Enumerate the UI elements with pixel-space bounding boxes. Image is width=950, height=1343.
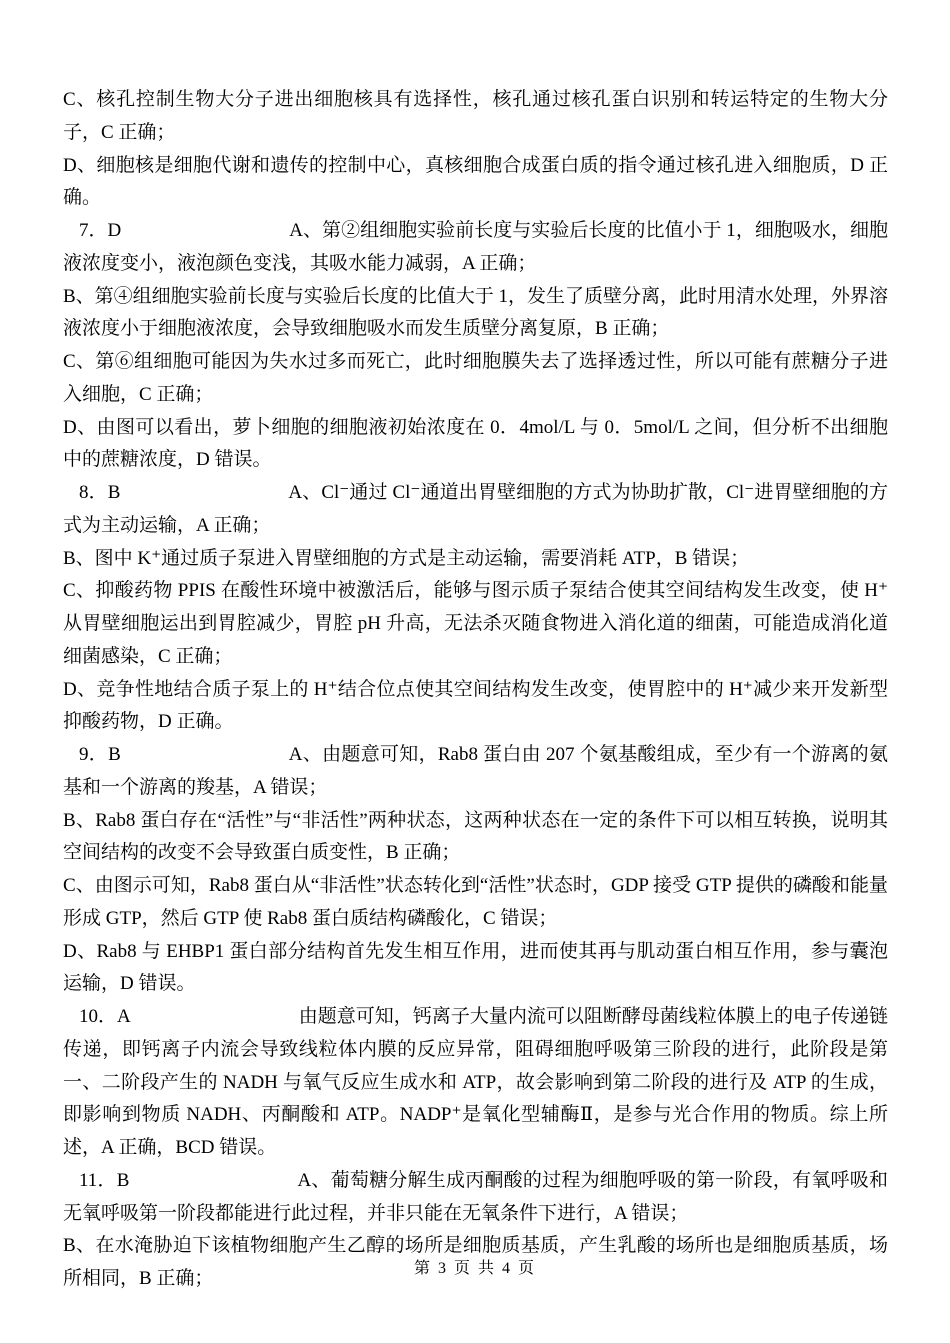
- question-answer-label: 7．D: [79, 220, 121, 241]
- explanation-text: A、葡萄糖分解生成丙酮酸的过程为细胞呼吸的第一阶段，有氧呼吸和无氧呼吸第一阶段都…: [63, 1170, 888, 1224]
- page-number-text: 第 3 页 共 4 页: [414, 1260, 536, 1277]
- answer-paragraph: 9．BA、由题意可知，Rab8 蛋白由 207 个氨基酸组成，至少有一个游离的氨…: [63, 739, 888, 805]
- label-explanation-gap: [131, 1021, 299, 1022]
- answer-paragraph: B、第④组细胞实验前长度与实验后长度的比值大于 1，发生了质壁分离，此时用清水处…: [63, 281, 888, 347]
- answer-sheet-body: C、核孔控制生物大分子进出细胞核具有选择性，核孔通过核孔蛋白识别和转运特定的生物…: [0, 0, 950, 1296]
- label-explanation-gap: [120, 497, 288, 498]
- question-answer-label: 11．B: [79, 1170, 129, 1191]
- explanation-text: C、由图示可知，Rab8 蛋白从“非活性”状态转化到“活性”状态时，GDP 接受…: [63, 875, 888, 929]
- answer-paragraph: C、由图示可知，Rab8 蛋白从“非活性”状态转化到“活性”状态时，GDP 接受…: [63, 870, 888, 936]
- explanation-text: B、Rab8 蛋白存在“活性”与“非活性”两种状态，这两种状态在一定的条件下可以…: [63, 810, 888, 864]
- page-footer: 第 3 页 共 4 页: [0, 1258, 950, 1280]
- answer-paragraph: D、细胞核是细胞代谢和遗传的控制中心，真核细胞合成蛋白质的指令通过核孔进入细胞质…: [63, 150, 888, 216]
- explanation-text: A、由题意可知，Rab8 蛋白由 207 个氨基酸组成，至少有一个游离的氨基和一…: [63, 744, 888, 798]
- answer-paragraph: 11．BA、葡萄糖分解生成丙酮酸的过程为细胞呼吸的第一阶段，有氧呼吸和无氧呼吸第…: [63, 1165, 888, 1231]
- explanation-text: B、图中 K⁺通过质子泵进入胃壁细胞的方式是主动运输，需要消耗 ATP，B 错误…: [63, 548, 749, 569]
- answer-paragraph: B、图中 K⁺通过质子泵进入胃壁细胞的方式是主动运输，需要消耗 ATP，B 错误…: [63, 543, 888, 576]
- explanation-text: D、由图可以看出，萝卜细胞的细胞液初始浓度在 0．4mol/L 与 0．5mol…: [63, 417, 888, 471]
- explanation-text: A、第②组细胞实验前长度与实验后长度的比值小于 1，细胞吸水，细胞液浓度变小，液…: [63, 220, 888, 274]
- explanation-text: C、核孔控制生物大分子进出细胞核具有选择性，核孔通过核孔蛋白识别和转运特定的生物…: [63, 89, 888, 143]
- explanation-text: D、Rab8 与 EHBP1 蛋白部分结构首先发生相互作用，进而使其再与肌动蛋白…: [63, 941, 888, 995]
- answer-paragraph: D、竞争性地结合质子泵上的 H⁺结合位点使其空间结构发生改变，使胃腔中的 H⁺减…: [63, 674, 888, 740]
- explanation-text: A、Cl⁻通过 Cl⁻通道出胃壁细胞的方式为协助扩散，Cl⁻进胃壁细胞的方式为主…: [63, 482, 888, 536]
- answer-paragraph: 10．A由题意可知，钙离子大量内流可以阻断酵母菌线粒体膜上的电子传递链传递，即钙…: [63, 1001, 888, 1165]
- label-explanation-gap: [129, 1185, 297, 1186]
- answer-paragraph: C、抑酸药物 PPIS 在酸性环境中被激活后，能够与图示质子泵结合使其空间结构发…: [63, 575, 888, 673]
- label-explanation-gap: [121, 235, 289, 236]
- explanation-text: B、第④组细胞实验前长度与实验后长度的比值大于 1，发生了质壁分离，此时用清水处…: [63, 286, 888, 340]
- explanation-text: D、细胞核是细胞代谢和遗传的控制中心，真核细胞合成蛋白质的指令通过核孔进入细胞质…: [63, 155, 888, 209]
- explanation-text: C、抑酸药物 PPIS 在酸性环境中被激活后，能够与图示质子泵结合使其空间结构发…: [63, 580, 888, 667]
- explanation-text: D、竞争性地结合质子泵上的 H⁺结合位点使其空间结构发生改变，使胃腔中的 H⁺减…: [63, 679, 888, 733]
- answer-paragraph: D、Rab8 与 EHBP1 蛋白部分结构首先发生相互作用，进而使其再与肌动蛋白…: [63, 936, 888, 1002]
- answer-paragraph: C、第⑥组细胞可能因为失水过多而死亡，此时细胞膜失去了选择透过性，所以可能有蔗糖…: [63, 346, 888, 412]
- label-explanation-gap: [121, 759, 289, 760]
- question-answer-label: 9．B: [79, 744, 121, 765]
- explanation-text: 由题意可知，钙离子大量内流可以阻断酵母菌线粒体膜上的电子传递链传递，即钙离子内流…: [63, 1006, 888, 1158]
- explanation-text: C、第⑥组细胞可能因为失水过多而死亡，此时细胞膜失去了选择透过性，所以可能有蔗糖…: [63, 351, 888, 405]
- answer-paragraph: 7．DA、第②组细胞实验前长度与实验后长度的比值小于 1，细胞吸水，细胞液浓度变…: [63, 215, 888, 281]
- question-answer-label: 8．B: [79, 482, 120, 503]
- answer-paragraph: D、由图可以看出，萝卜细胞的细胞液初始浓度在 0．4mol/L 与 0．5mol…: [63, 412, 888, 478]
- document-page: { "footer": { "text": "第 3 页 共 4 页" }, "…: [0, 0, 950, 1343]
- answer-paragraph: 8．BA、Cl⁻通过 Cl⁻通道出胃壁细胞的方式为协助扩散，Cl⁻进胃壁细胞的方…: [63, 477, 888, 543]
- answer-paragraph: B、Rab8 蛋白存在“活性”与“非活性”两种状态，这两种状态在一定的条件下可以…: [63, 805, 888, 871]
- question-answer-label: 10．A: [79, 1006, 131, 1027]
- answer-paragraph: C、核孔控制生物大分子进出细胞核具有选择性，核孔通过核孔蛋白识别和转运特定的生物…: [63, 84, 888, 150]
